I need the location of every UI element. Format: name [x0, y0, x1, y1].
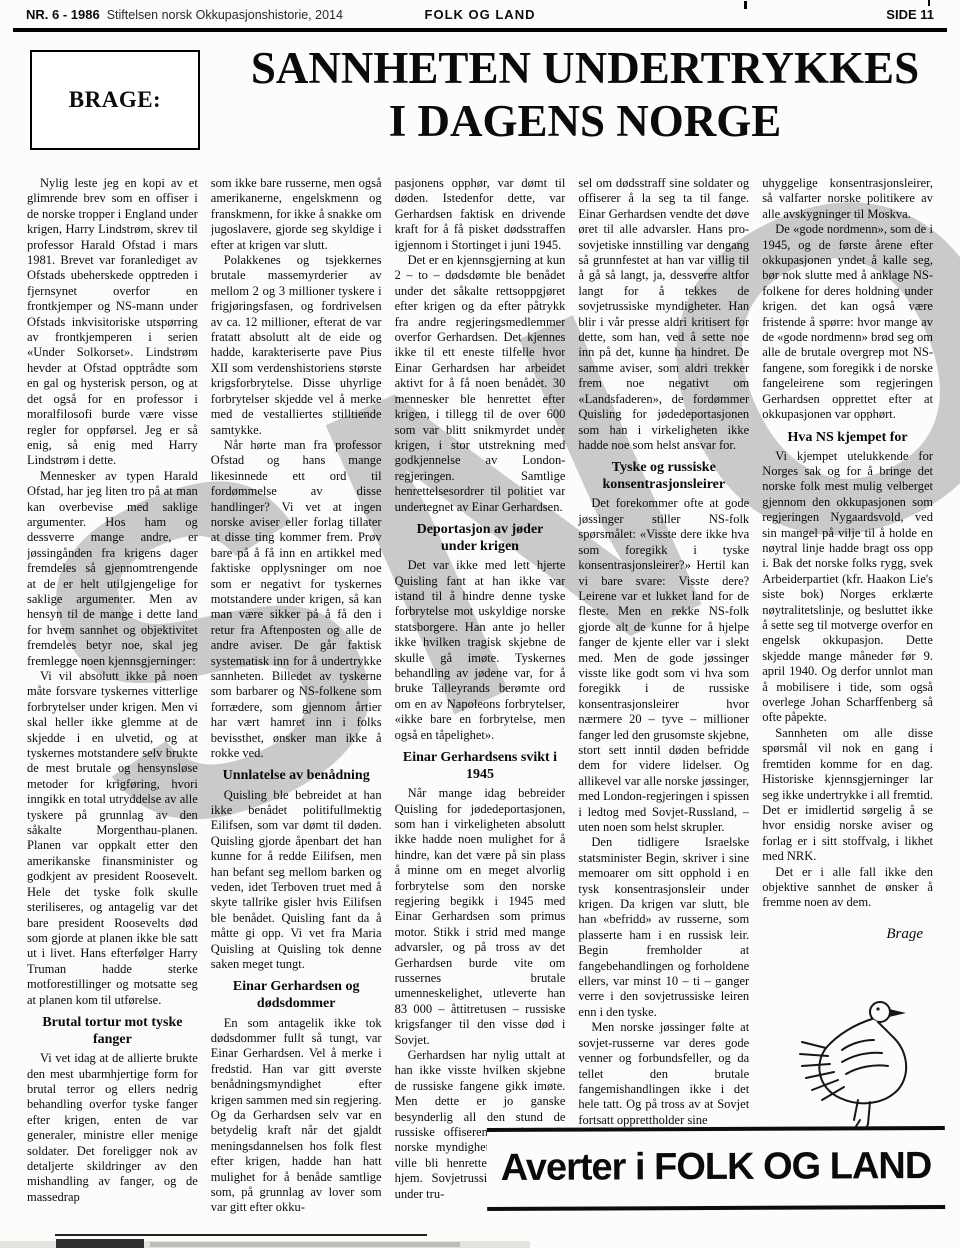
article-paragraph: Når hørte man fra professor Ofstad og ha… — [211, 438, 382, 762]
scan-artifact-tick — [928, 0, 930, 6]
headline-area: BRAGE: SANNHETEN UNDERTRYKKES I DAGENS N… — [0, 42, 960, 162]
article-paragraph: Vi vet idag at de allierte brukte den me… — [27, 1051, 198, 1205]
section-heading: Brutal tortur mot tyske fanger — [33, 1014, 192, 1048]
article-paragraph: pasjonens opphør, var dømt til døden. Is… — [395, 176, 566, 253]
byline-label: BRAGE: — [69, 87, 161, 113]
article-paragraph: Det er i alle fall ikke den objektive sa… — [762, 865, 933, 911]
article-paragraph: En som antagelik ikke tok dødsdommer ful… — [211, 1016, 382, 1216]
article-paragraph: Det er en kjennsgjerning at kun 2 – to –… — [395, 253, 566, 515]
article-headline: SANNHETEN UNDERTRYKKES I DAGENS NORGE — [228, 42, 942, 148]
issue-number: NR. 6 - 1986 — [26, 7, 100, 22]
article-paragraph: Sannheten om alle disse spørsmål vil nok… — [762, 726, 933, 865]
section-heading: Deportasjon av jøder under krigen — [401, 521, 560, 555]
article-column-4: sel om dødsstraff sine soldater og offis… — [578, 176, 749, 1244]
page-number: SIDE 11 — [535, 7, 934, 22]
article-paragraph: Quisling ble bebreidet at han ikke benåd… — [211, 788, 382, 973]
advert-banner-label: Averter i FOLK OG LAND — [501, 1145, 932, 1189]
section-heading: Tyske og russiske konsentrasjonsleirer — [584, 459, 743, 493]
header-rule — [13, 28, 947, 32]
dove-illustration — [798, 992, 930, 1142]
section-heading: Unnlatelse av benådning — [217, 767, 376, 784]
article-paragraph: Mennesker av typen Harald Ofstad, har je… — [27, 469, 198, 669]
article-paragraph: Den tidligere Israelske statsminister Be… — [578, 835, 749, 1020]
masthead: FOLK OG LAND — [425, 7, 536, 22]
article-column-1: Nylig leste jeg en kopi av et glimrende … — [27, 176, 198, 1244]
scan-artifact-mid — [150, 1242, 460, 1247]
author-signature: Brage — [762, 927, 933, 942]
scan-artifact-dark — [56, 1239, 144, 1248]
article-paragraph: sel om dødsstraff sine soldater og offis… — [578, 176, 749, 453]
scan-artifact-tick — [744, 1, 747, 9]
article-column-3: pasjonens opphør, var dømt til døden. Is… — [395, 176, 566, 1244]
section-heading: Einar Gerhardsens svikt i 1945 — [401, 749, 560, 783]
byline-box: BRAGE: — [30, 50, 200, 150]
article-paragraph: De «gode nordmenn», som de i 1945, og de… — [762, 222, 933, 422]
article-paragraph: Vi kjempet utelukkende for Norges sak og… — [762, 449, 933, 726]
article-paragraph: Nylig leste jeg en kopi av et glimrende … — [27, 176, 198, 469]
advert-banner: Averter i FOLK OG LAND — [487, 1126, 945, 1211]
scan-artifact-line — [55, 1234, 427, 1236]
section-heading: Hva NS kjempet for — [768, 429, 927, 446]
article-paragraph: Men norske jøssinger følte at sovjet-rus… — [578, 1020, 749, 1128]
article-paragraph: Det forekommer ofte at gode jøssinger st… — [578, 496, 749, 835]
article-paragraph: Vi vil absolutt ikke på noen måte forsva… — [27, 669, 198, 1008]
article-paragraph: Når mange idag bebreider Quisling for jø… — [395, 786, 566, 1048]
page-header: NR. 6 - 1986 Stiftelsen norsk Okkupasjon… — [0, 0, 960, 22]
archive-credit: Stiftelsen norsk Okkupasjonshistorie, 20… — [107, 8, 343, 22]
article-paragraph: uhyggelige konsentrasjonsleirer, så valf… — [762, 176, 933, 222]
headline-line2: I DAGENS NORGE — [389, 96, 782, 146]
header-left: NR. 6 - 1986 Stiftelsen norsk Okkupasjon… — [26, 7, 425, 22]
article-paragraph: Polakkenes og tsjekkernes brutale massem… — [211, 253, 382, 438]
article-paragraph: Det var ikke med lett hjerte Quisling fa… — [395, 558, 566, 743]
headline-line1: SANNHETEN UNDERTRYKKES — [251, 43, 919, 93]
article-column-2: som ikke bare russerne, men også amerika… — [211, 176, 382, 1244]
section-heading: Einar Gerhardsen og dødsdommer — [217, 978, 376, 1012]
article-paragraph: som ikke bare russerne, men også amerika… — [211, 176, 382, 253]
